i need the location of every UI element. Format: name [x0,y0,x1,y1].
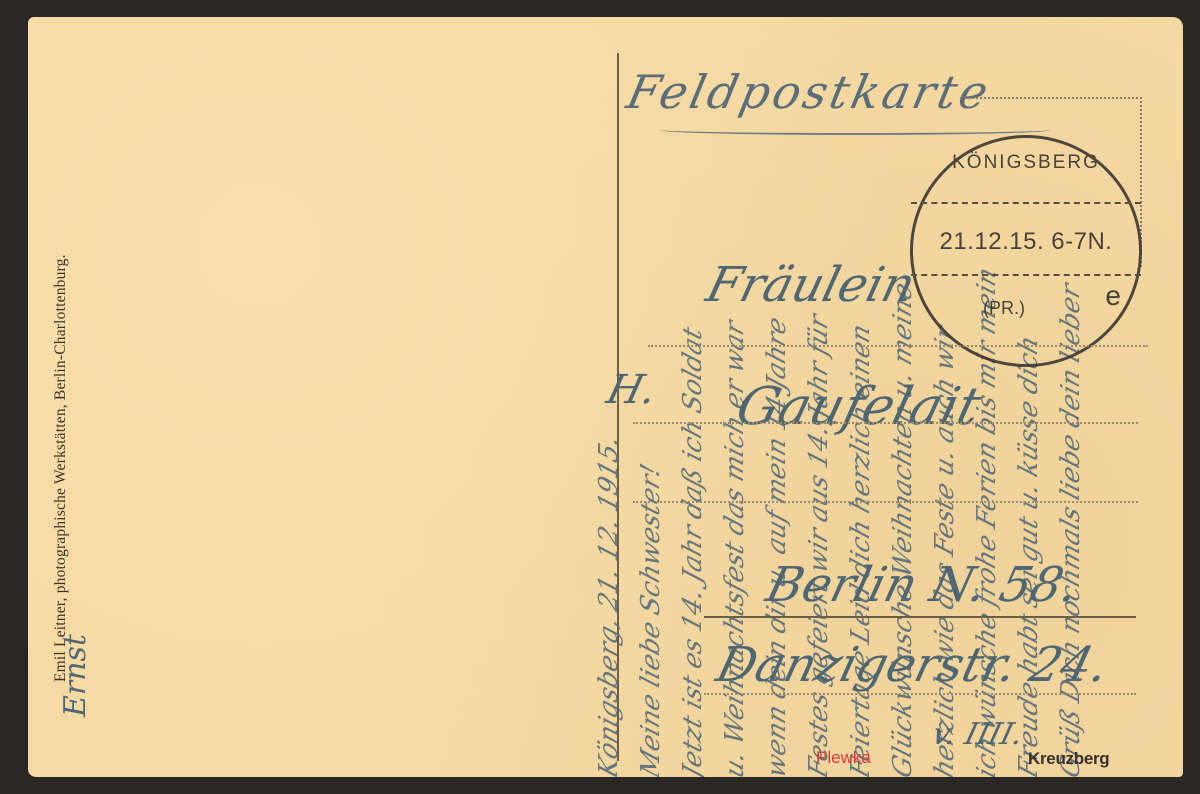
message-line: Meine liebe Schwester! [630,90,672,777]
recipient-street: Danzigerstr. 24. [711,637,1114,693]
postmark-cancel: KÖNIGSBERG 21.12.15. 6-7N. (PR.) e [910,135,1142,367]
message-line: Jetzt ist es 14. Jahr daß ich Soldat [672,90,714,777]
address-dotted-line-1 [648,345,1148,347]
address-dotted-line-4 [704,693,1136,695]
recipient-extra-note: v. IIII. [929,717,1027,752]
postmark-region: (PR.) [983,298,1025,319]
publisher-imprint: Emil Leitner, photographische Werkstätte… [52,62,72,682]
address-dotted-line-3 [633,501,1138,503]
postmark-city: KÖNIGSBERG [913,152,1139,174]
dealer-stamp-kreuzberg: Kreuzberg [1028,749,1109,769]
postmark-suffix: e [1105,280,1121,312]
recipient-surname: Gaufelait [731,377,987,437]
message-place-date: Königsberg, 21. 12. 1915. [588,90,630,777]
dealer-stamp-plewka: Plewka [816,748,871,768]
recipient-salutation: Fräulein [701,257,921,313]
address-solid-line [704,616,1136,618]
recipient-city: Berlin N. 58. [761,557,1084,613]
postcard: Emil Leitner, photographische Werkstätte… [28,17,1183,777]
address-dotted-line-2 [633,422,1138,424]
postmark-date: 21.12.15. 6-7N. [913,228,1139,256]
card-type-title: Feldpostkarte [622,65,995,119]
signature: Ernst [58,634,93,717]
